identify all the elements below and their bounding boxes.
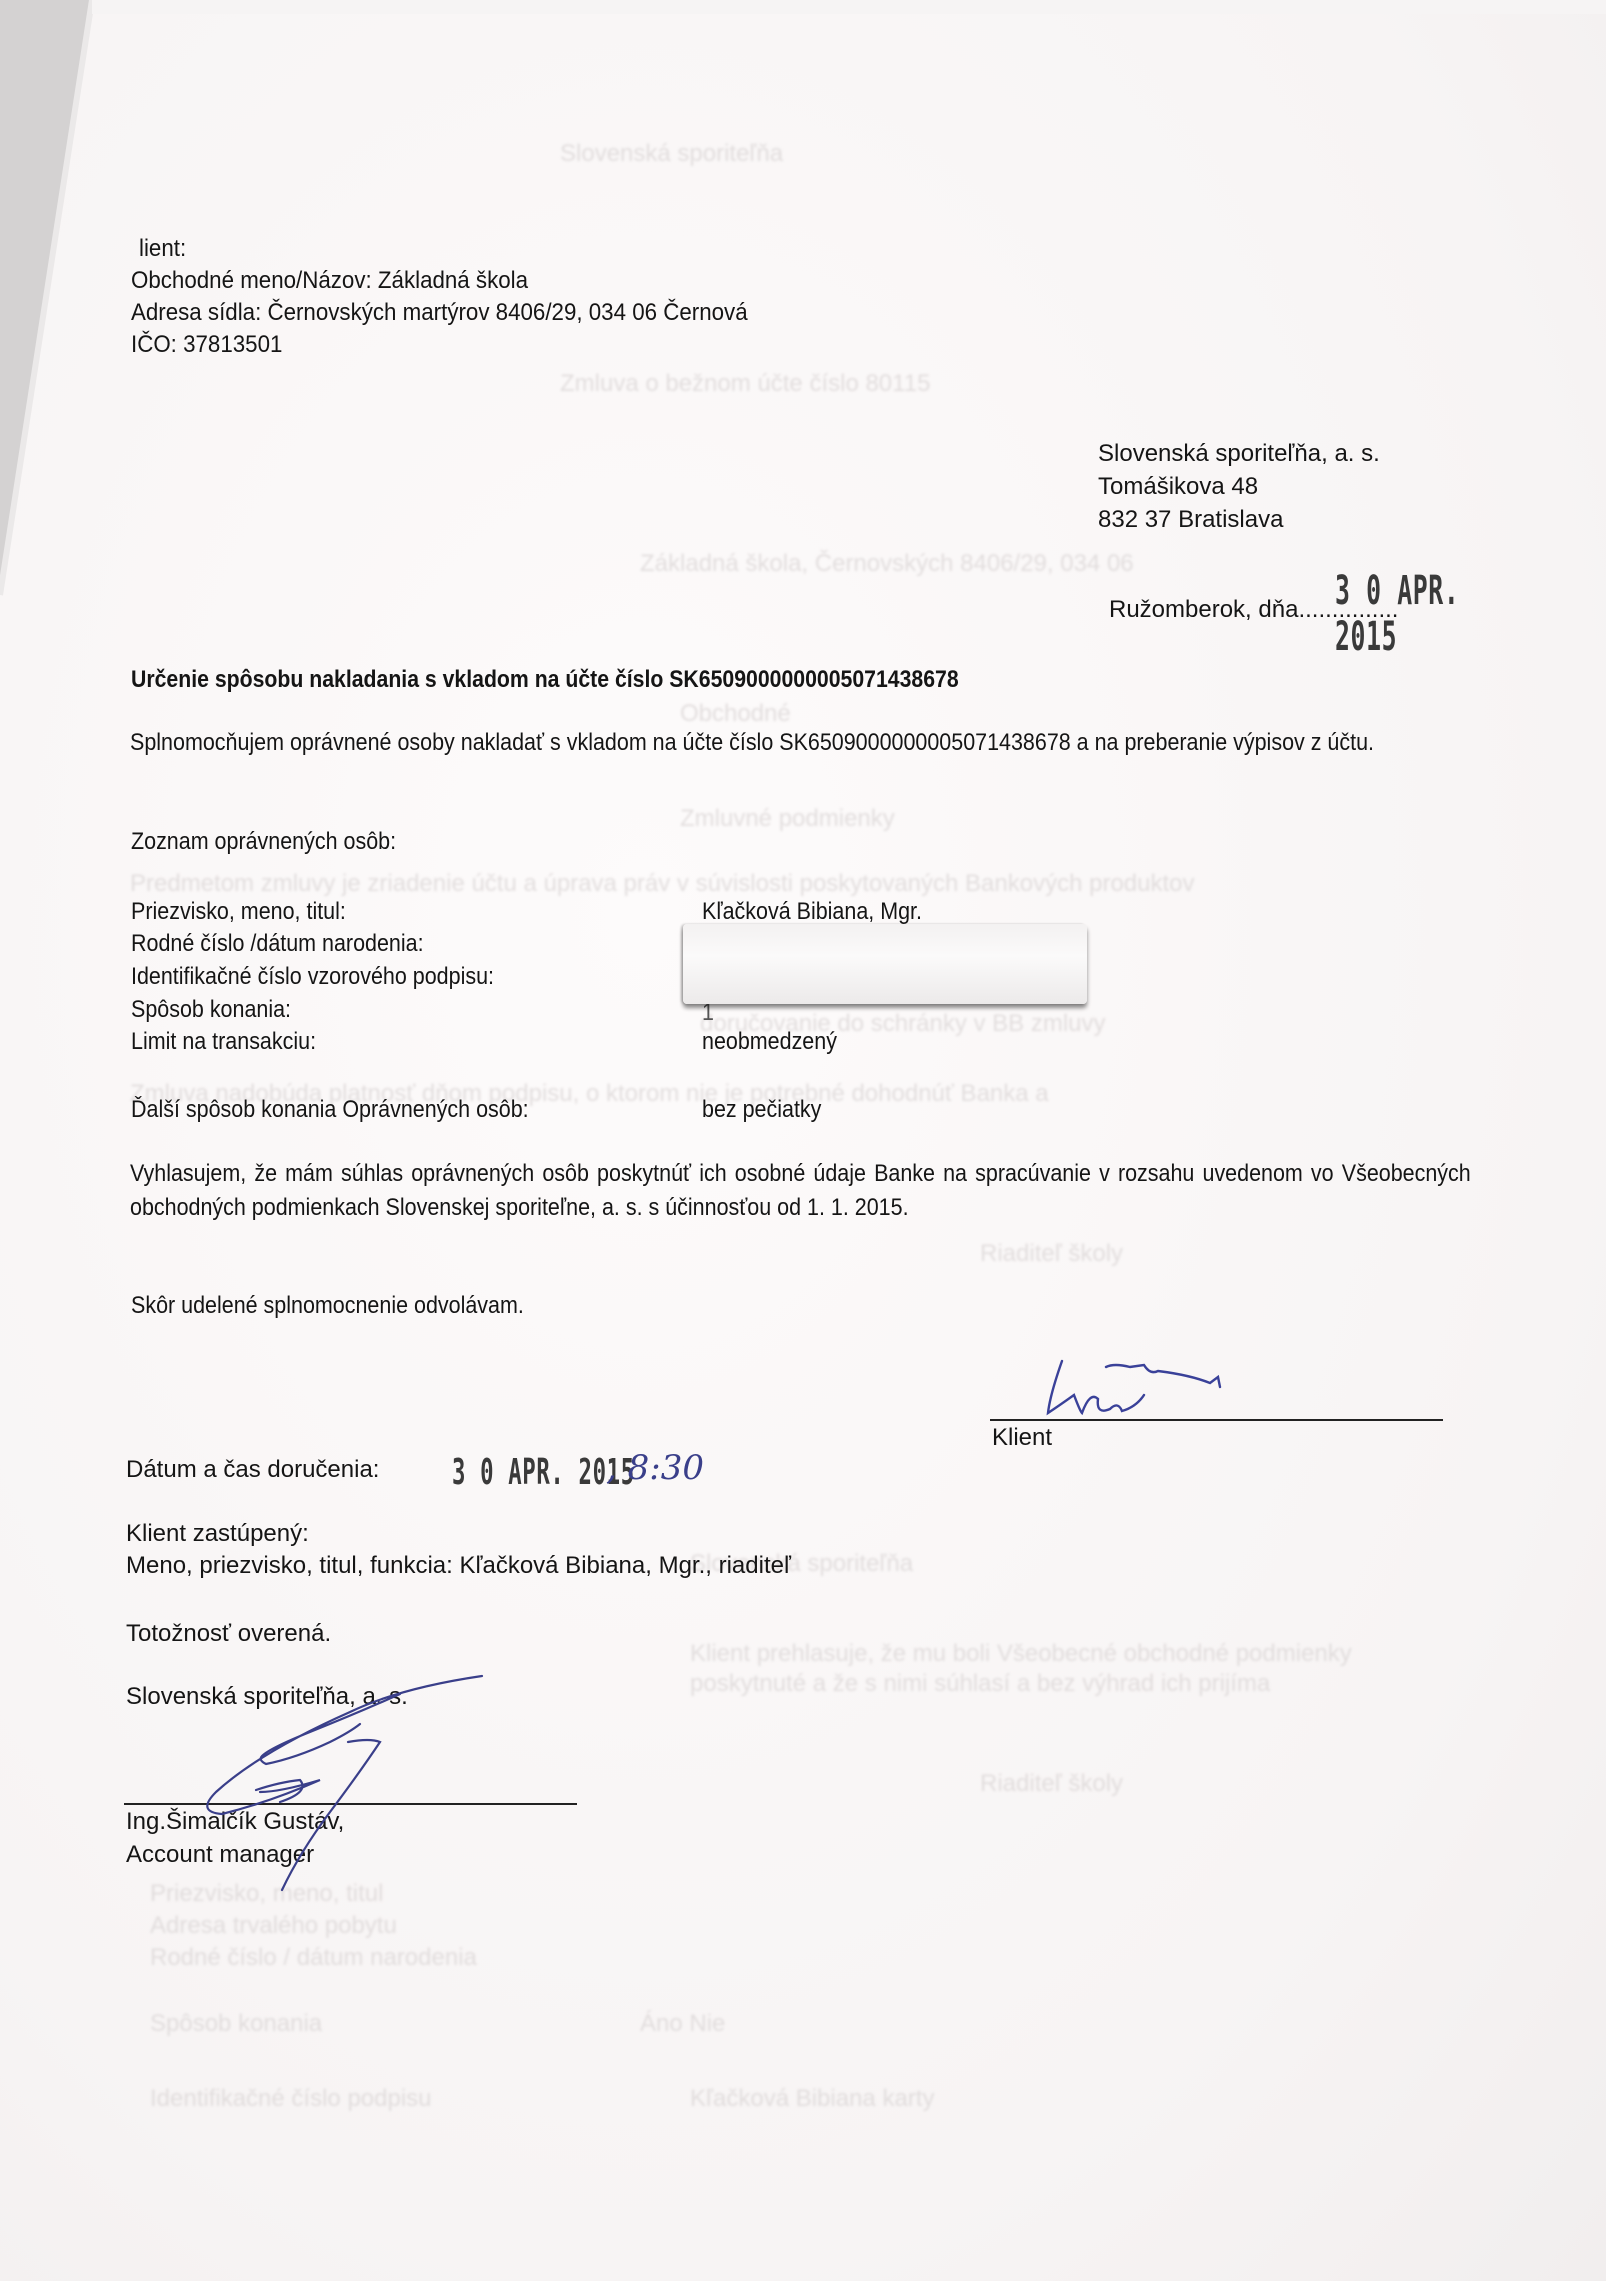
authorization-paragraph: Splnomocňujem oprávnené osoby nakladať s…	[130, 726, 1465, 760]
list-label: Limit na transakciu:	[131, 1025, 316, 1059]
consent-paragraph: Vyhlasujem, že mám súhlas oprávnených os…	[130, 1157, 1471, 1225]
delivery-label: Dátum a čas doručenia:	[126, 1453, 379, 1487]
representative-heading: Klient zastúpený:	[126, 1517, 309, 1551]
client-address: Adresa sídla: Černovských martýrov 8406/…	[131, 296, 748, 330]
place-label: Ružomberok, dňa	[1109, 596, 1298, 623]
document-title: Určenie spôsobu nakladania s vkladom na …	[131, 663, 959, 697]
client-heading: lient:	[139, 232, 186, 266]
bank-name: Slovenská sporiteľňa, a. s.	[1098, 437, 1380, 471]
delivery-time-handwritten: , 8:30	[606, 1448, 704, 1488]
list-value: neobmedzený	[702, 1025, 837, 1059]
redaction-strip	[683, 924, 1087, 1004]
client-signature-label: Klient	[992, 1421, 1052, 1455]
list-label: Priezvisko, meno, titul:	[131, 895, 346, 929]
bank-street: Tomášikova 48	[1098, 470, 1258, 504]
bank-signature-scribble	[200, 1672, 500, 1902]
identity-verified: Totožnosť overená.	[126, 1617, 331, 1651]
list-label: Spôsob konania:	[131, 993, 291, 1027]
authorized-list-heading: Zoznam oprávnených osôb:	[131, 825, 396, 859]
client-signature-line	[990, 1419, 1443, 1421]
list-label: Identifikačné číslo vzorového podpisu:	[131, 960, 494, 994]
list-label: Rodné číslo /dátum narodenia:	[131, 927, 424, 961]
date-stamp: 3 0 APR. 2015	[1335, 568, 1503, 660]
representative-details: Meno, priezvisko, titul, funkcia: Kľačko…	[126, 1549, 791, 1583]
client-company-name: Obchodné meno/Názov: Základná škola	[131, 264, 528, 298]
client-signature-scribble	[1040, 1355, 1280, 1425]
bank-city: 832 37 Bratislava	[1098, 503, 1283, 537]
client-ico: IČO: 37813501	[131, 328, 282, 362]
additional-action-label: Ďalší spôsob konania Oprávnených osôb:	[131, 1093, 529, 1127]
additional-action-value: bez pečiatky	[702, 1093, 821, 1127]
revocation-text: Skôr udelené splnomocnenie odvolávam.	[131, 1289, 524, 1323]
